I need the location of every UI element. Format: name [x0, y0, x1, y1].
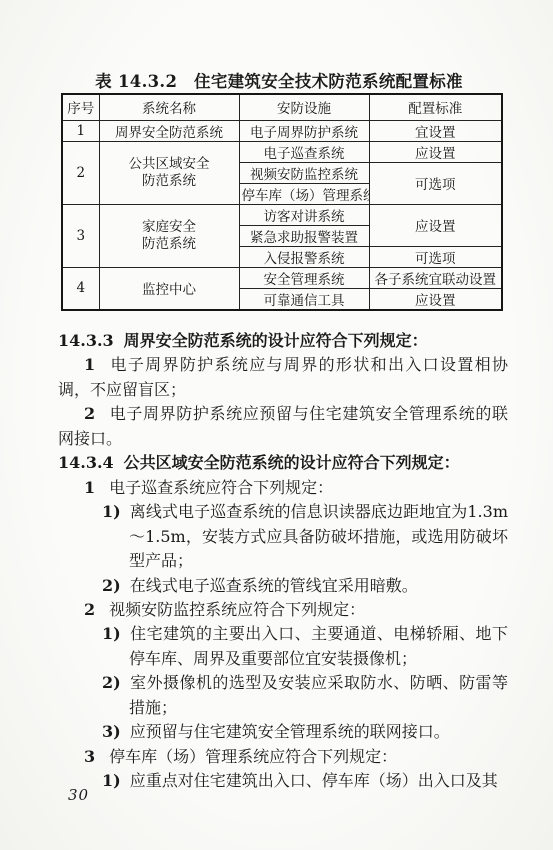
cell-standard: 各子系统宜联动设置 — [369, 267, 502, 288]
clause-number: 1 — [84, 355, 95, 374]
table-title: 表 14.3.2 住宅建筑安全技术防范系统配置标准 — [56, 68, 502, 92]
clause: 3停车库（场）管理系统应符合下列规定： — [58, 745, 508, 769]
system-name-line1: 公共区域安全 — [102, 156, 237, 173]
cell-standard: 可选项 — [369, 162, 502, 204]
section-heading-14-3-3: 14.3.3周界安全防范系统的设计应符合下列规定： — [58, 329, 508, 353]
cell-facility: 可靠通信工具 — [239, 288, 369, 310]
cell-facility: 安全管理系统 — [239, 267, 369, 288]
clause-text: 电子巡查系统应符合下列规定： — [109, 478, 333, 497]
cell-facility: 入侵报警系统 — [239, 246, 369, 267]
sub-item: 2)在线式电子巡查系统的管线宜采用暗敷。 — [58, 574, 508, 598]
table-row: 3 家庭安全 防范系统 访客对讲系统 应设置 — [62, 204, 502, 225]
cell-facility: 视频安防监控系统 — [239, 162, 369, 183]
sub-item-number: 3) — [102, 722, 121, 741]
sub-item-number: 1) — [102, 771, 121, 790]
clause-number: 1 — [84, 478, 95, 497]
sub-item-number: 1) — [102, 624, 121, 643]
sub-item: 3)应预留与住宅建筑安全管理系统的联网接口。 — [58, 720, 508, 744]
table-row: 2 公共区域安全 防范系统 电子巡查系统 应设置 — [62, 141, 502, 162]
sub-item: 1)住宅建筑的主要出入口、主要通道、电梯轿厢、地下停车库、周界及重要部位宜安装摄… — [58, 622, 508, 671]
clause-text: 视频安防监控系统应符合下列规定： — [109, 600, 365, 619]
clause-number: 3 — [84, 747, 95, 766]
section-heading-14-3-4: 14.3.4公共区域安全防范系统的设计应符合下列规定： — [58, 451, 508, 475]
sub-item-text: 应重点对住宅建筑出入口、停车库（场）出入口及其 — [130, 771, 498, 790]
clause-number: 2 — [84, 404, 95, 423]
cell-no: 1 — [62, 120, 99, 141]
cell-standard: 宜设置 — [369, 120, 502, 141]
header-cell-system: 系统名称 — [99, 94, 239, 120]
section-number: 14.3.3 — [58, 331, 114, 350]
clause: 1电子巡查系统应符合下列规定： — [58, 476, 508, 500]
cell-facility: 紧急求助报警装置 — [239, 225, 369, 246]
header-cell-standard: 配置标准 — [369, 94, 502, 120]
system-name-line2: 防范系统 — [102, 236, 237, 253]
section-number: 14.3.4 — [58, 453, 114, 472]
cell-facility: 访客对讲系统 — [239, 204, 369, 225]
cell-facility: 电子周界防护系统 — [239, 120, 369, 141]
cell-no: 2 — [62, 141, 99, 204]
clause-text: 电子周界防护系统应与周界的形状和出入口设置相协调，不应留盲区； — [58, 355, 508, 398]
table-row: 1 周界安全防范系统 电子周界防护系统 宜设置 — [62, 120, 502, 141]
sub-item: 1)离线式电子巡查系统的信息识读器底边距地宜为1.3m～1.5m，安装方式应具备… — [58, 500, 508, 573]
sub-item-text: 在线式电子巡查系统的管线宜采用暗敷。 — [130, 576, 418, 595]
sub-item-text: 住宅建筑的主要出入口、主要通道、电梯轿厢、地下停车库、周界及重要部位宜安装摄像机… — [129, 624, 508, 667]
sub-item-number: 2) — [102, 576, 121, 595]
sub-item-text: 应预留与住宅建筑安全管理系统的联网接口。 — [130, 722, 450, 741]
header-cell-facility: 安防设施 — [239, 94, 369, 120]
cell-system: 家庭安全 防范系统 — [99, 204, 239, 267]
clause-number: 2 — [84, 600, 95, 619]
sub-item-text: 离线式电子巡查系统的信息识读器底边距地宜为1.3m～1.5m，安装方式应具备防破… — [129, 502, 508, 570]
clause: 2电子周界防护系统应预留与住宅建筑安全管理系统的联网接口。 — [58, 402, 508, 451]
cell-facility: 停车库（场）管理系统 — [239, 183, 369, 204]
sub-item-number: 2) — [102, 673, 121, 692]
system-name-line2: 防范系统 — [102, 173, 237, 190]
section-text: 公共区域安全防范系统的设计应符合下列规定： — [124, 453, 460, 472]
cell-system: 监控中心 — [99, 267, 239, 310]
cell-facility: 电子巡查系统 — [239, 141, 369, 162]
cell-no: 4 — [62, 267, 99, 310]
security-config-table: 序号 系统名称 安防设施 配置标准 1 周界安全防范系统 电子周界防护系统 宜设… — [61, 93, 503, 311]
clause-text: 停车库（场）管理系统应符合下列规定： — [109, 747, 397, 766]
cell-standard: 可选项 — [369, 246, 502, 267]
scanned-document-page: 表 14.3.2 住宅建筑安全技术防范系统配置标准 序号 系统名称 安防设施 配… — [0, 0, 553, 850]
body-text: 14.3.3周界安全防范系统的设计应符合下列规定： 1电子周界防护系统应与周界的… — [58, 329, 508, 794]
page-number: 30 — [68, 786, 89, 804]
clause: 2视频安防监控系统应符合下列规定： — [58, 598, 508, 622]
cell-system: 周界安全防范系统 — [99, 120, 239, 141]
sub-item-number: 1) — [102, 502, 121, 521]
cell-standard: 应设置 — [369, 141, 502, 162]
header-cell-no: 序号 — [62, 94, 99, 120]
cell-no: 3 — [62, 204, 99, 267]
sub-item-text: 室外摄像机的选型及安装应采取防水、防晒、防雷等措施； — [129, 673, 508, 716]
sub-item: 2)室外摄像机的选型及安装应采取防水、防晒、防雷等措施； — [58, 671, 508, 720]
system-name-line1: 家庭安全 — [102, 219, 237, 236]
table-row: 4 监控中心 安全管理系统 各子系统宜联动设置 — [62, 267, 502, 288]
clause-text: 电子周界防护系统应预留与住宅建筑安全管理系统的联网接口。 — [58, 404, 508, 447]
cell-standard: 应设置 — [369, 288, 502, 310]
sub-item: 1)应重点对住宅建筑出入口、停车库（场）出入口及其 — [58, 769, 508, 793]
cell-standard: 应设置 — [369, 204, 502, 246]
clause: 1电子周界防护系统应与周界的形状和出入口设置相协调，不应留盲区； — [58, 353, 508, 402]
cell-system: 公共区域安全 防范系统 — [99, 141, 239, 204]
section-text: 周界安全防范系统的设计应符合下列规定： — [124, 331, 428, 350]
table-header-row: 序号 系统名称 安防设施 配置标准 — [62, 94, 502, 120]
